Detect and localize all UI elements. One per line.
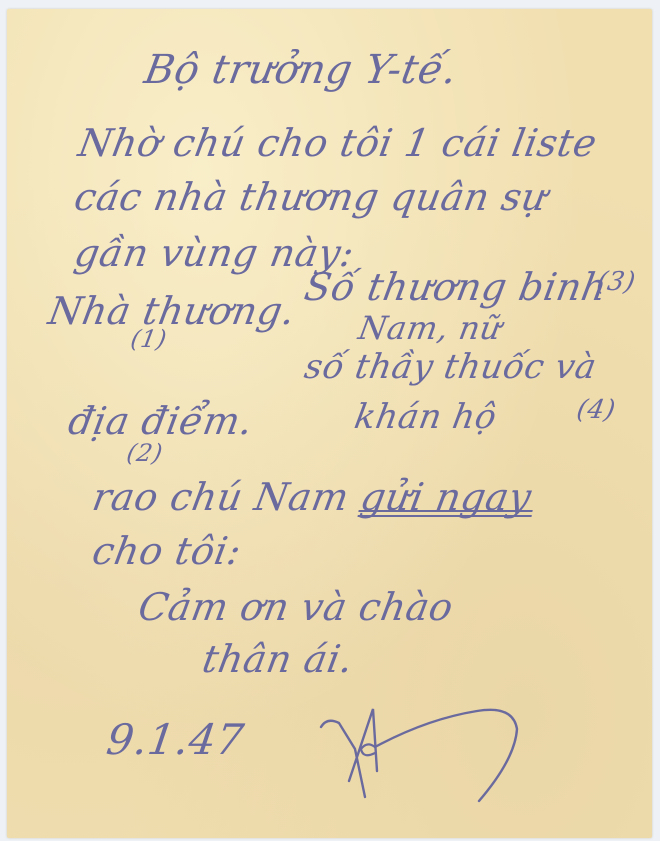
- document-viewer: Bộ trưởng Y-tế. Nhờ chú cho tôi 1 cái li…: [0, 0, 660, 841]
- item-location-label: địa điểm.: [65, 399, 256, 443]
- request-prefix: rao chú Nam: [89, 475, 365, 519]
- item-wounded-sub: Nam, nữ: [356, 309, 505, 347]
- addressee-heading: Bộ trưởng Y-tế.: [141, 47, 461, 93]
- item-doctors-number: (4): [574, 395, 618, 425]
- item-doctors-label: số thầy thuốc và: [301, 347, 599, 387]
- item-hospital-number: (1): [129, 325, 169, 353]
- letter-line-2: các nhà thương quân sự: [71, 175, 551, 219]
- letter-paper: Bộ trưởng Y-tế. Nhờ chú cho tôi 1 cái li…: [7, 9, 652, 838]
- letter-date: 9.1.47: [104, 715, 247, 764]
- letter-line-1: Nhờ chú cho tôi 1 cái liste: [75, 121, 600, 165]
- request-line: rao chú Nam gửi ngay: [89, 475, 535, 519]
- request-line-end: cho tôi:: [89, 529, 245, 573]
- request-underlined-text: gửi ngay: [357, 475, 535, 519]
- item-nurses-label: khán hộ: [351, 397, 499, 437]
- closing-line-1: Cảm ơn và chào: [135, 585, 457, 629]
- item-hospital-label: Nhà thương.: [45, 289, 299, 333]
- item-wounded-number: (3): [594, 267, 638, 297]
- closing-line-2: thân ái.: [199, 637, 357, 681]
- signature-icon: [307, 689, 547, 809]
- item-wounded-label: Số thương binh: [301, 265, 611, 309]
- item-location-number: (2): [125, 439, 165, 467]
